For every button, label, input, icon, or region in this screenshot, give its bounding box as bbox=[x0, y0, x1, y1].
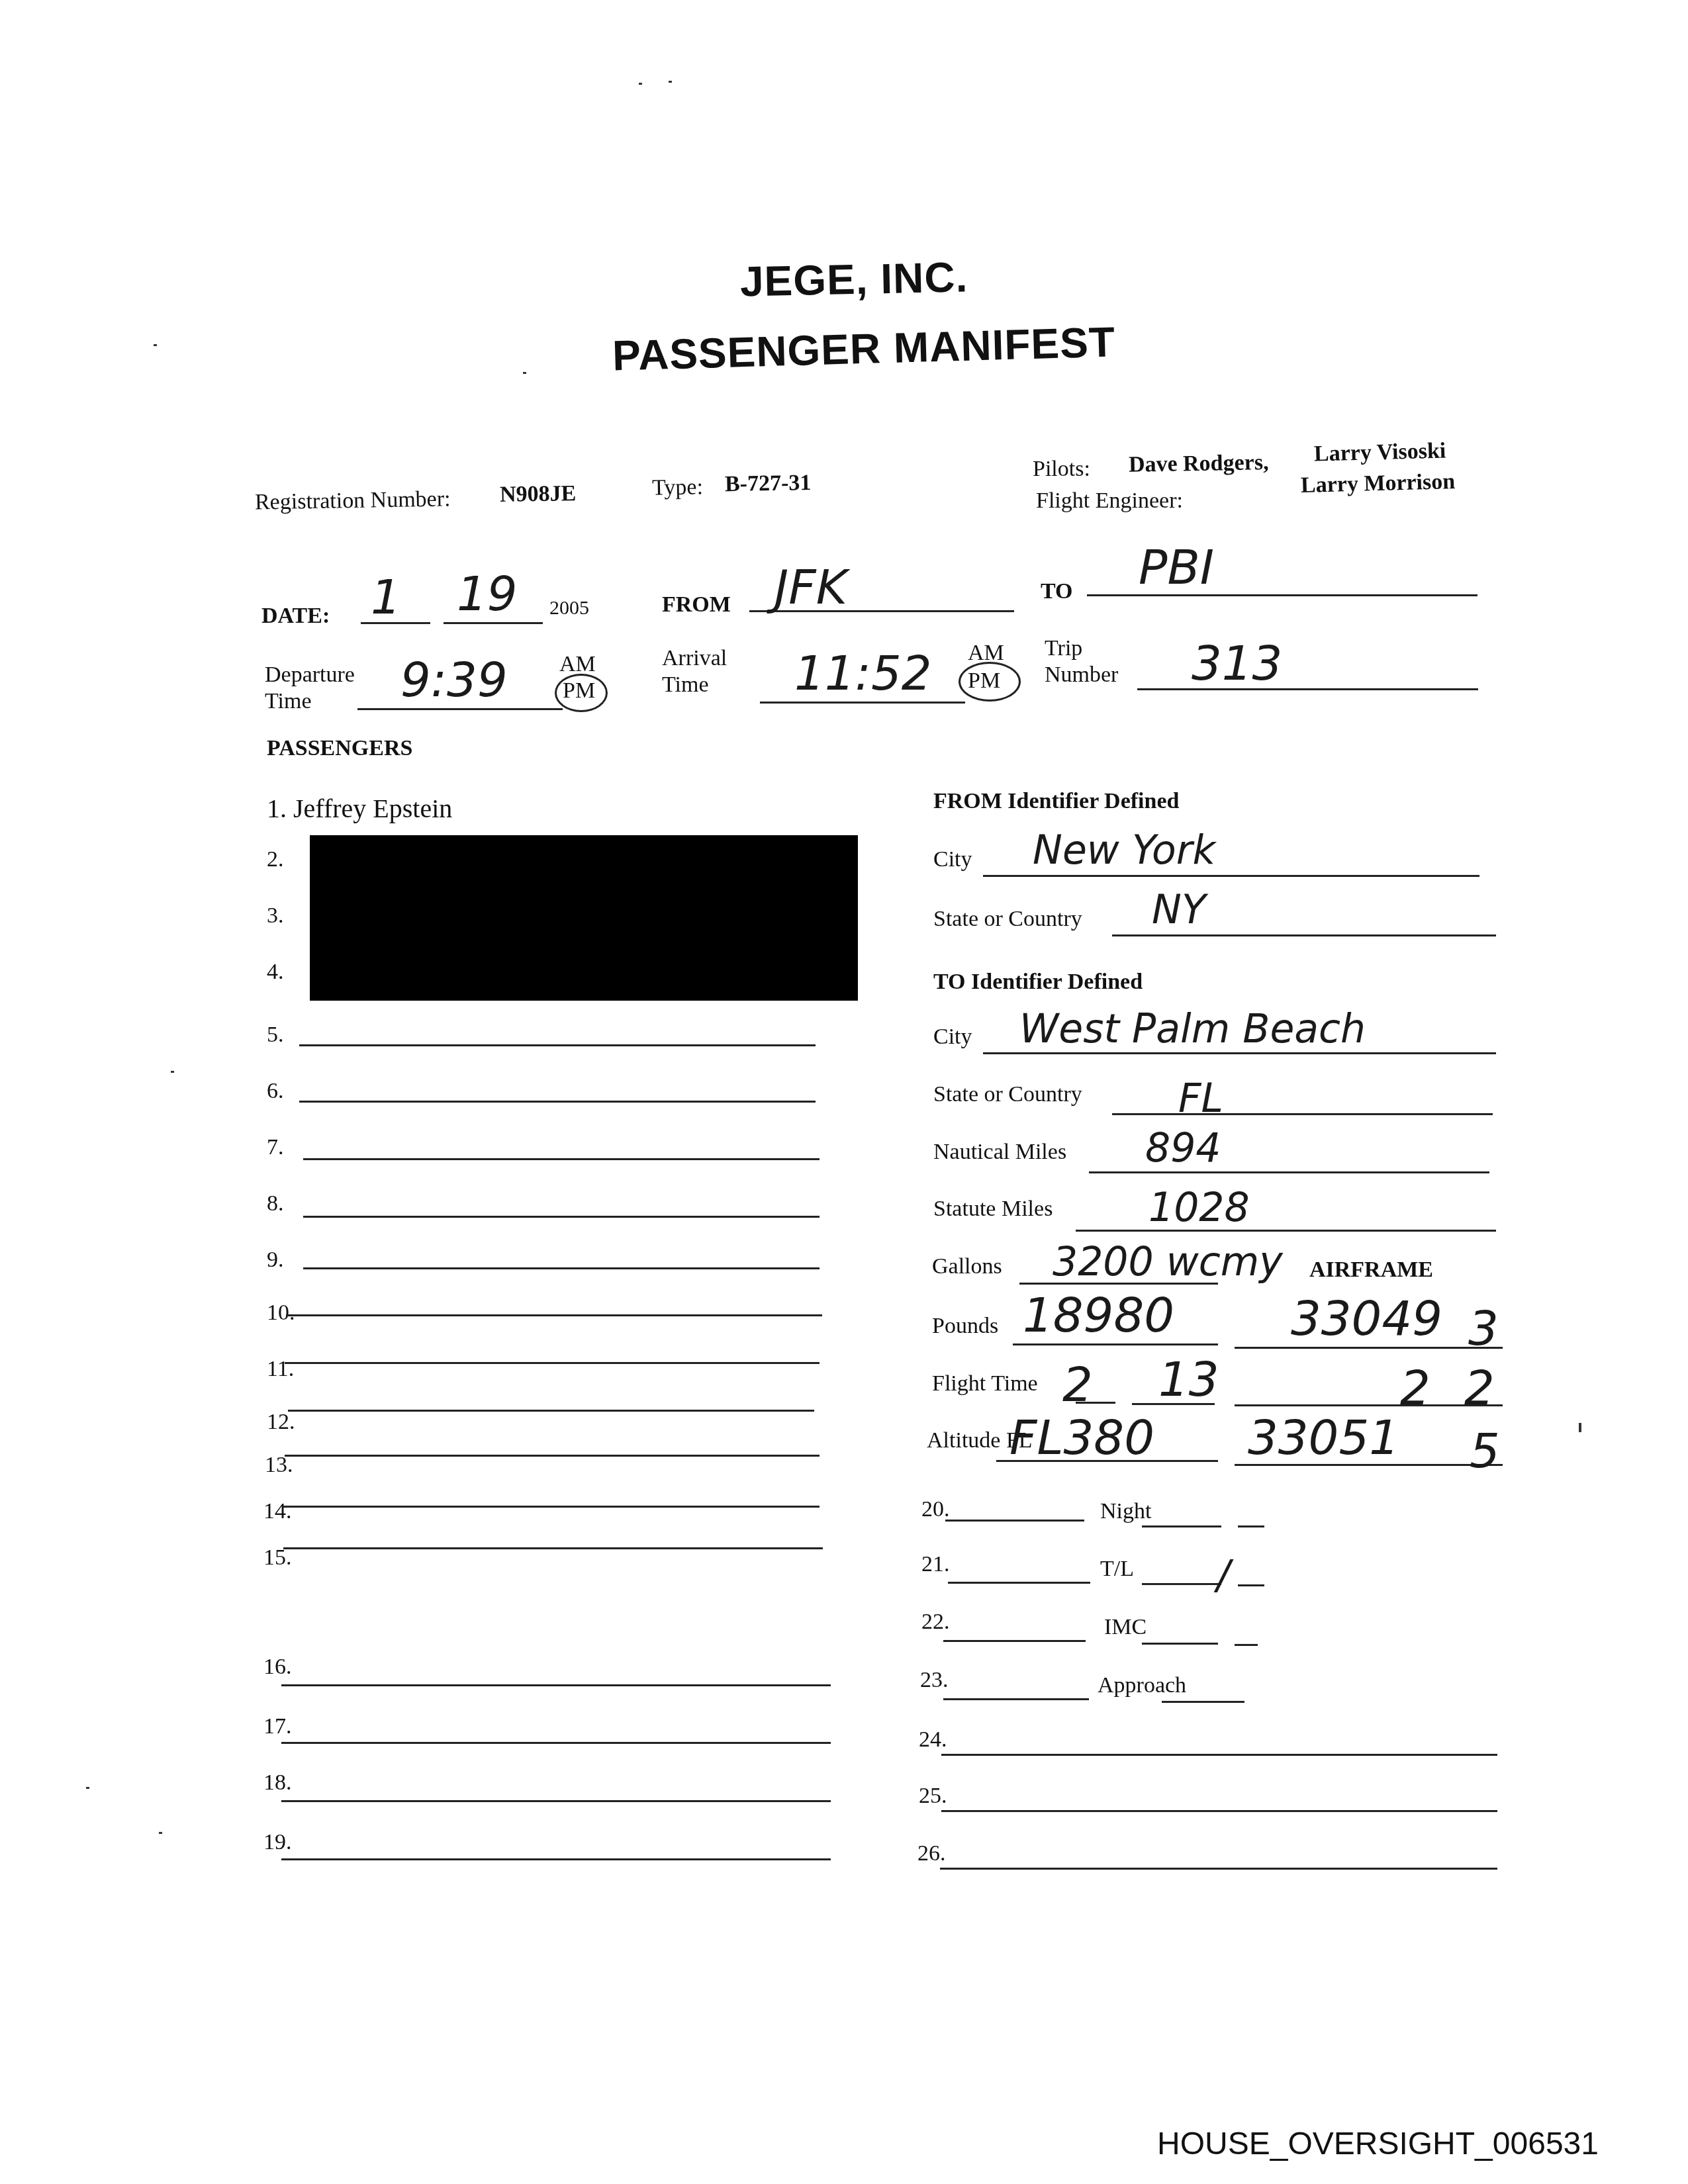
passenger-line bbox=[941, 1810, 1497, 1812]
scan-speck bbox=[86, 1787, 89, 1789]
night-label: Night bbox=[1100, 1499, 1151, 1524]
flight-time-label: Flight Time bbox=[932, 1371, 1038, 1396]
passenger-line bbox=[283, 1506, 820, 1508]
approach-line bbox=[1162, 1701, 1244, 1703]
passenger-line bbox=[943, 1698, 1089, 1700]
tl-dec-line bbox=[1238, 1584, 1264, 1586]
passenger-line bbox=[943, 1640, 1086, 1642]
passenger-row-number: 16. bbox=[263, 1655, 292, 1680]
departure-label: Departure Time bbox=[265, 662, 355, 715]
passenger-row-number: 21. bbox=[921, 1552, 950, 1577]
registration-value: N908JE bbox=[500, 481, 577, 508]
type-value: B-727-31 bbox=[725, 471, 812, 497]
flight-time-hours: 2 bbox=[1062, 1357, 1093, 1412]
passenger-row-number: 4. bbox=[267, 960, 284, 985]
flight-engineer-label: Flight Engineer: bbox=[1036, 488, 1183, 514]
trip-number: 313 bbox=[1192, 635, 1282, 691]
passenger-row-number: 24. bbox=[919, 1727, 947, 1752]
to-city-label: City bbox=[933, 1024, 972, 1050]
tl-line bbox=[1142, 1583, 1221, 1585]
statute-miles-label: Statute Miles bbox=[933, 1197, 1053, 1222]
passenger-row-number: 22. bbox=[921, 1610, 950, 1635]
manifest-page: JEGE, INC. PASSENGER MANIFEST Registrati… bbox=[0, 0, 1688, 2184]
to-city-value: West Palm Beach bbox=[1019, 1006, 1366, 1052]
passenger-line bbox=[299, 1101, 816, 1103]
scan-speck bbox=[159, 1832, 162, 1834]
passenger-line bbox=[281, 1742, 831, 1744]
passenger-row-number: 12. bbox=[267, 1410, 295, 1435]
scan-speck bbox=[669, 81, 672, 83]
from-state-line bbox=[1112, 934, 1496, 936]
passenger-row-number: 6. bbox=[267, 1079, 284, 1104]
passenger-line bbox=[285, 1362, 820, 1364]
passenger-row-number: 11. bbox=[267, 1357, 294, 1382]
arrival-pm-circle bbox=[959, 662, 1021, 702]
airframe-alt-dec: 5 bbox=[1470, 1423, 1500, 1479]
registration-label: Registration Number: bbox=[255, 486, 451, 515]
approach-label: Approach bbox=[1098, 1673, 1186, 1698]
flight-time-minutes: 13 bbox=[1158, 1351, 1219, 1407]
nautical-miles-label: Nautical Miles bbox=[933, 1140, 1066, 1165]
departure-pm-circle bbox=[555, 674, 608, 712]
passenger-row-number: 14. bbox=[263, 1499, 292, 1524]
pilot-1: Dave Rodgers, bbox=[1129, 450, 1269, 478]
pounds-line bbox=[1013, 1343, 1218, 1345]
to-value: PBI bbox=[1139, 539, 1214, 595]
from-city-line bbox=[983, 875, 1479, 877]
passenger-line bbox=[299, 1044, 816, 1046]
passenger-row-number: 17. bbox=[263, 1714, 292, 1739]
passengers-heading: PASSENGERS bbox=[267, 736, 412, 761]
passenger-line bbox=[940, 1868, 1497, 1870]
imc-dec-line bbox=[1235, 1644, 1258, 1646]
passenger-line bbox=[286, 1314, 822, 1316]
statute-miles-value: 1028 bbox=[1149, 1185, 1250, 1231]
from-city-value: New York bbox=[1033, 827, 1215, 874]
date-day: 19 bbox=[457, 566, 518, 621]
to-state-value: FL bbox=[1178, 1075, 1223, 1122]
airframe-pounds-whole: 33049 bbox=[1291, 1291, 1442, 1346]
pilot-2: Larry Visoski bbox=[1314, 438, 1446, 467]
gallons-value: 3200 wcmy bbox=[1053, 1239, 1283, 1285]
tl-value: / bbox=[1217, 1552, 1230, 1598]
scan-speck bbox=[171, 1071, 174, 1073]
imc-label: IMC bbox=[1104, 1615, 1147, 1640]
airframe-time-line bbox=[1235, 1404, 1503, 1406]
passenger-row-number: 7. bbox=[267, 1135, 284, 1160]
airframe-heading: AIRFRAME bbox=[1309, 1257, 1433, 1283]
gallons-label: Gallons bbox=[932, 1254, 1002, 1279]
pilots-label: Pilots: bbox=[1033, 457, 1090, 482]
passenger-line bbox=[281, 1684, 831, 1686]
to-state-label: State or Country bbox=[933, 1082, 1082, 1107]
from-label: FROM bbox=[662, 592, 731, 617]
to-city-line bbox=[983, 1052, 1496, 1054]
date-day-line bbox=[444, 622, 543, 624]
redaction-block bbox=[310, 835, 858, 1001]
scan-speck bbox=[523, 372, 526, 374]
passenger-row-number: 5. bbox=[267, 1023, 284, 1048]
nautical-miles-value: 894 bbox=[1145, 1125, 1221, 1171]
statute-miles-line bbox=[1076, 1230, 1496, 1232]
arrival-line bbox=[760, 702, 965, 704]
trip-number-label: Trip Number bbox=[1045, 635, 1118, 688]
passenger-line bbox=[281, 1858, 831, 1860]
night-line bbox=[1142, 1525, 1221, 1527]
passenger-line bbox=[285, 1455, 820, 1457]
pounds-value: 18980 bbox=[1023, 1287, 1174, 1343]
from-value: JFK bbox=[774, 559, 847, 615]
nautical-miles-line bbox=[1089, 1171, 1489, 1173]
date-label: DATE: bbox=[261, 604, 330, 629]
airframe-alt-whole: 33051 bbox=[1248, 1410, 1399, 1465]
scan-speck bbox=[1579, 1423, 1581, 1432]
airframe-time-whole: 2 bbox=[1400, 1360, 1430, 1416]
scan-speck bbox=[639, 83, 642, 85]
passenger-row-number: 20. bbox=[921, 1497, 950, 1522]
date-month: 1 bbox=[371, 569, 401, 625]
company-name: JEGE, INC. bbox=[739, 252, 968, 306]
airframe-pounds-dec: 3 bbox=[1468, 1300, 1499, 1356]
date-year: 2005 bbox=[549, 597, 589, 619]
passenger-row-number: 25. bbox=[919, 1784, 947, 1809]
trip-number-line bbox=[1137, 688, 1478, 690]
passenger-line bbox=[945, 1520, 1084, 1522]
passenger-row-number: 10. bbox=[267, 1300, 295, 1326]
passenger-line bbox=[303, 1267, 820, 1269]
from-state-value: NY bbox=[1152, 887, 1206, 933]
arrival-time: 11:52 bbox=[794, 645, 932, 701]
altitude-value: FL380 bbox=[1009, 1410, 1154, 1465]
arrival-label: Arrival Time bbox=[662, 645, 727, 698]
bates-number: HOUSE_OVERSIGHT_006531 bbox=[1157, 2126, 1599, 2162]
night-dec-line bbox=[1238, 1525, 1264, 1527]
passenger-row-number: 9. bbox=[267, 1248, 284, 1273]
imc-line bbox=[1142, 1643, 1218, 1645]
departure-time: 9:39 bbox=[400, 652, 508, 707]
departure-line bbox=[357, 708, 563, 710]
passenger-line bbox=[948, 1582, 1090, 1584]
passenger-line bbox=[283, 1547, 823, 1549]
passenger-row-number: 23. bbox=[920, 1668, 949, 1693]
page-title: PASSENGER MANIFEST bbox=[612, 317, 1116, 380]
airframe-pounds-line bbox=[1235, 1347, 1503, 1349]
passenger-line bbox=[941, 1754, 1497, 1756]
tl-label: T/L bbox=[1100, 1557, 1134, 1582]
to-label: TO bbox=[1041, 579, 1073, 604]
to-state-line bbox=[1112, 1113, 1493, 1115]
type-label: Type: bbox=[652, 475, 704, 500]
from-identifier-heading: FROM Identifier Defined bbox=[933, 789, 1179, 814]
passenger-line bbox=[303, 1158, 820, 1160]
from-city-label: City bbox=[933, 847, 972, 872]
flight-engineer-value: Larry Morrison bbox=[1301, 469, 1456, 498]
passenger-row-number: 19. bbox=[263, 1830, 292, 1855]
passenger-row-number: 8. bbox=[267, 1191, 284, 1216]
from-state-label: State or Country bbox=[933, 907, 1082, 932]
passenger-line bbox=[303, 1216, 820, 1218]
passenger-line bbox=[281, 1800, 831, 1802]
scan-speck bbox=[154, 344, 157, 346]
passenger-row-number: 2. bbox=[267, 847, 284, 872]
passenger-row-number: 3. bbox=[267, 903, 284, 929]
passenger-1: 1. Jeffrey Epstein bbox=[267, 793, 452, 824]
pounds-label: Pounds bbox=[932, 1314, 998, 1339]
passenger-row-number: 18. bbox=[263, 1770, 292, 1796]
passenger-row-number: 26. bbox=[917, 1841, 946, 1866]
passenger-line bbox=[288, 1410, 814, 1412]
to-identifier-heading: TO Identifier Defined bbox=[933, 970, 1143, 995]
airframe-time-dec: 2 bbox=[1464, 1360, 1495, 1416]
